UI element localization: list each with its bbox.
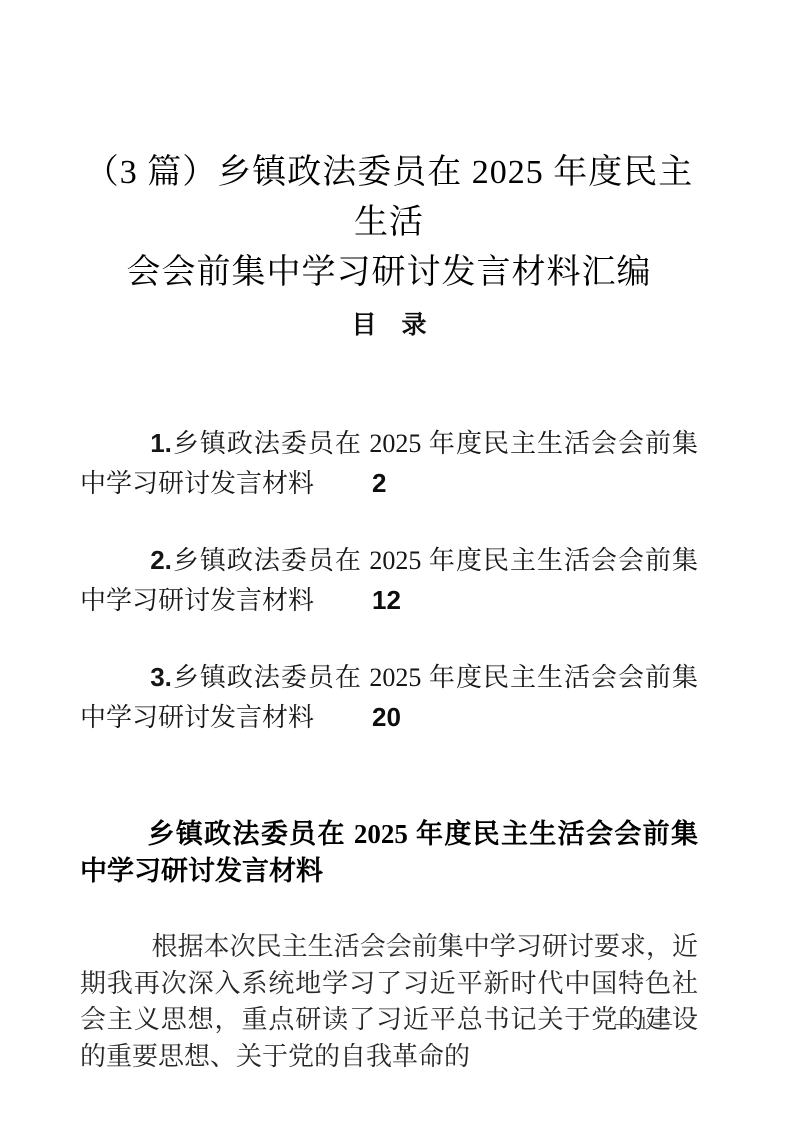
page-number: — 1 — <box>615 1012 672 1036</box>
doc-title: （3 篇）乡镇政法委员在 2025 年度民主生活 会会前集中学习研讨发言材料汇编 <box>80 148 698 298</box>
doc-title-line-2: 会会前集中学习研讨发言材料汇编 <box>80 248 698 298</box>
toc-item-title: 乡镇政法委员在 2025 年度民主生活会会前集中学习研讨发言材料 <box>80 429 698 498</box>
page-content: （3 篇）乡镇政法委员在 2025 年度民主生活 会会前集中学习研讨发言材料汇编… <box>80 0 698 1075</box>
toc-item-page: 12 <box>372 581 401 620</box>
toc-item: 2.乡镇政法委员在 2025 年度民主生活会会前集中学习研讨发言材料12 <box>80 541 698 620</box>
toc-item-number: 2. <box>150 545 172 575</box>
toc-item-page: 20 <box>372 698 401 737</box>
section-heading: 乡镇政法委员在 2025 年度民主生活会会前集中学习研讨发言材料 <box>80 816 698 890</box>
body-paragraph: 根据本次民主生活会会前集中学习研讨要求，近期我再次深入系统地学习了习近平新时代中… <box>80 929 698 1075</box>
doc-title-line-1: （3 篇）乡镇政法委员在 2025 年度民主生活 <box>80 148 698 248</box>
toc-item: 1.乡镇政法委员在 2025 年度民主生活会会前集中学习研讨发言材料2 <box>80 424 698 503</box>
toc-item-number: 3. <box>150 662 172 692</box>
document-page: （3 篇）乡镇政法委员在 2025 年度民主生活 会会前集中学习研讨发言材料汇编… <box>0 0 793 1122</box>
toc-item: 3.乡镇政法委员在 2025 年度民主生活会会前集中学习研讨发言材料20 <box>80 658 698 737</box>
toc-item-page: 2 <box>372 464 386 503</box>
toc-item-number: 1. <box>150 428 172 458</box>
toc-heading: 目 录 <box>80 310 698 340</box>
toc: 1.乡镇政法委员在 2025 年度民主生活会会前集中学习研讨发言材料2 2.乡镇… <box>80 424 698 737</box>
